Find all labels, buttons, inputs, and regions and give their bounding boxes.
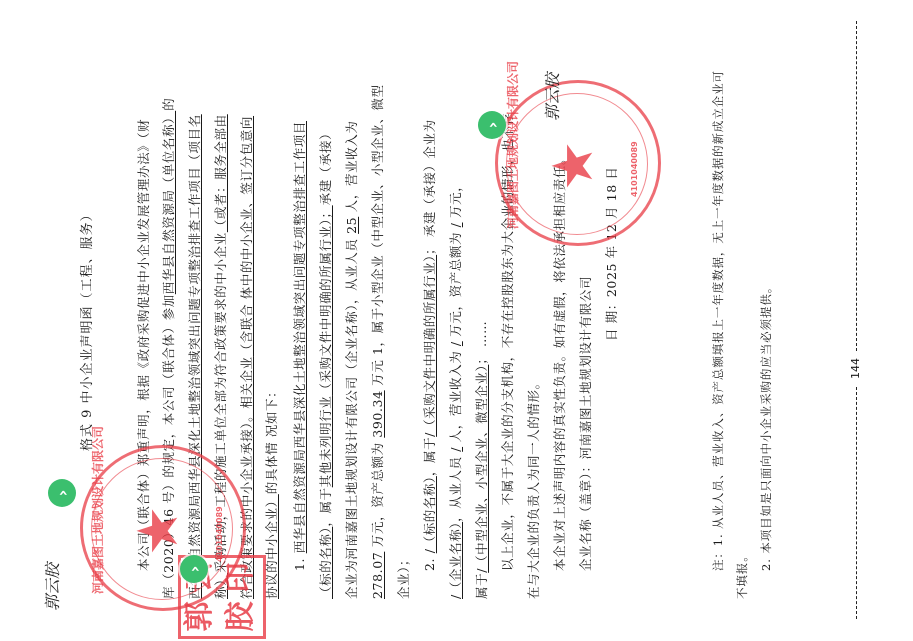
body-line-12: 2. /（标的名称），属于/（采购文件中明确的所属行业）； 承建（承接）企业为 — [422, 119, 438, 571]
company-name-line: 企业名称（盖章）：河南嘉图土地规划设计有限公司 — [578, 276, 594, 571]
note-1: 注：1. 从业人员、营业收入、资产总额填报上一年度数据，无上一年度数据的新成立企… — [710, 70, 726, 571]
company-seal-2: ★ 河南嘉图土地规划设计有限公司 4101040089 — [495, 80, 661, 246]
seal-star-icon: ★ — [546, 141, 602, 191]
chevron-right-icon: › — [483, 122, 502, 129]
seal-star-icon: ★ — [131, 506, 187, 556]
body-line-6: 协议的中小企业）的具体情 况如下： — [264, 385, 280, 599]
document-title: 格式 9 中小企业声明函（工程、服务） — [80, 207, 96, 451]
body-line-11: 企业）； — [396, 553, 412, 599]
page-number: 144 — [849, 358, 862, 379]
seal-text: 河南嘉图土地规划设计有限公司 — [504, 61, 521, 229]
seal-char: 印 — [222, 558, 263, 597]
rotated-document-page: 格式 9 中小企业声明函（工程、服务） 本公司（联合体）郑重声明，根据《政府采购… — [0, 0, 913, 641]
footer-dashed-line-right — [856, 21, 857, 351]
seal-text: 河南嘉图土地规划设计有限公司 — [89, 426, 106, 594]
green-check-badge-2[interactable]: › — [180, 555, 208, 583]
body-line-8: （标的名称），属于其他未列明行业（采购文件中明确的所属行业）；承建（承接） — [318, 127, 334, 599]
seal-code: 4101040089 — [630, 141, 639, 197]
green-check-badge-3[interactable]: › — [478, 111, 506, 139]
chevron-right-icon: › — [185, 566, 204, 573]
signature-2: 郭云胶 — [540, 73, 563, 121]
seal-char: 郭 — [181, 597, 222, 636]
body-line-10: 278.07 万元，资产总额为 390.34 万元 1，属于小型企业（中型企业、… — [370, 84, 386, 599]
seal-char: 胶 — [222, 597, 263, 636]
body-line-13: /（企业名称），从业人员 / 人，营业收入为 / 万元，资产总额为 / 万元， — [448, 179, 464, 599]
green-check-badge-1[interactable]: › — [48, 479, 76, 507]
body-line-14: 属于/（中型企业、小型企业、微型企业）； …… — [474, 321, 490, 599]
body-line-9: 企业为河南嘉图土地规划设计有限公司（企业名称），从业人员 25 人，营业收入为 — [344, 120, 360, 599]
signature-1: 郭云胶 — [40, 563, 63, 611]
body-line-7: 1. 西华县自然资源局西华县深化土地整治领域突出问题专项整治排查工作项目 — [292, 121, 308, 571]
body-line-16: 在与大企业的负责人为同一人的情形。 — [526, 376, 542, 599]
note-2: 2. 本项目如是只面向中小企业采购的应当必须提供。 — [758, 281, 774, 571]
footer-dashed-line-left — [856, 387, 857, 619]
chevron-right-icon: › — [53, 490, 72, 497]
note-1-continued: 不填报。 — [734, 549, 750, 599]
seal-code: 4101040089 — [215, 506, 224, 562]
